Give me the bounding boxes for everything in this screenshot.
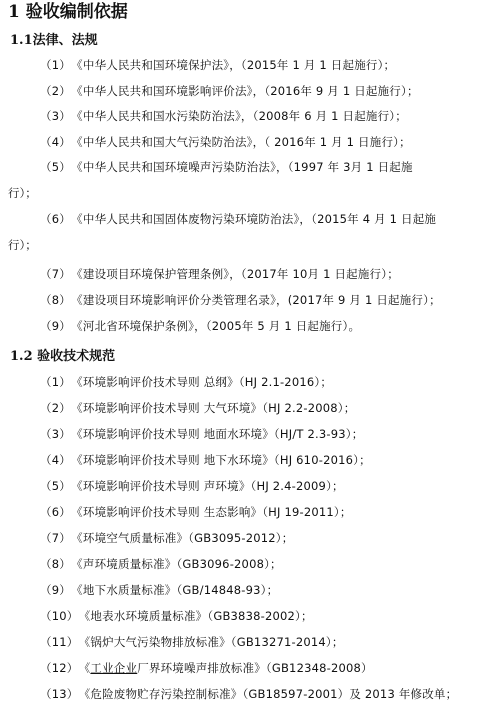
item-number: （4） [40,135,71,149]
item-text: 《中华人民共和国固体废物污染环境防治法》，（2015年 4 月 1 日起施 [77,212,436,226]
law-item-6: （6）《中华人民共和国固体废物污染环境防治法》，（2015年 4 月 1 日起施 [40,207,476,233]
item-text-underlined: 工业企业 [90,661,137,675]
law-item-4: （4）《中华人民共和国大气污染防治法》，（ 2016年 1 月 1 日施行）； [40,130,476,156]
spec-item-1: （1）《环境影响评价技术导则 总纲》（HJ 2.1-2016）； [40,370,476,396]
law-item-7: （7）《建设项目环境保护管理条例》，（2017年 10月 1 日起施行）； [40,262,476,288]
item-number: （3） [40,109,71,123]
law-item-5: （5）《中华人民共和国环境噪声污染防治法》，（1997 年 3月 1 日起施 [40,155,476,181]
item-number: （2） [40,84,71,98]
item-text: 《环境影响评价技术导则 地下水环境》（HJ 610-2016）； [77,453,371,467]
heading-1: 1 验收编制依据 [8,0,128,24]
item-number: （5） [40,479,71,493]
section-title-tech-specs: 1.2 验收技术规范 [10,347,115,367]
item-number: （9） [40,583,71,597]
item-text: 《中华人民共和国环境保护法》，（2015年 1 月 1 日起施行）； [77,58,395,72]
section-title-laws: 1.1法律、法规 [10,31,98,51]
item-text: 《中华人民共和国水污染防治法》，（2008年 6 月 1 日起施行）； [77,109,407,123]
law-item-3: （3）《中华人民共和国水污染防治法》，（2008年 6 月 1 日起施行）； [40,104,476,130]
item-number: （6） [40,505,71,519]
item-text: 《中华人民共和国环境噪声污染防治法》，（1997 年 3月 1 日起施 [77,160,413,174]
law-item-8: （8）《建设项目环境影响评价分类管理名录》，(2017年 9 月 1 日起施行）… [40,288,476,314]
item-text: 《建设项目环境保护管理条例》，（2017年 10月 1 日起施行）； [77,267,399,281]
spec-item-5: （5）《环境影响评价技术导则 声环境》（HJ 2.4-2009）； [40,474,476,500]
item-text: 《声环境质量标准》（GB3096-2008）； [77,557,282,571]
item-text: 《中华人民共和国大气污染防治法》，（ 2016年 1 月 1 日施行）； [77,135,411,149]
law-item-5-continuation: 行）； [8,181,37,207]
item-number: （12） [40,661,78,675]
item-text: 《中华人民共和国环境影响评价法》，（2016年 9 月 1 日起施行）； [77,84,419,98]
item-text: 《地下水质量标准》（GB/14848-93）； [77,583,278,597]
item-text: 《环境空气质量标准》（GB3095-2012）； [77,531,294,545]
spec-item-13: （13）《危险废物贮存污染控制标准》（GB18597-2001）及 2013 年… [40,682,476,708]
item-text: 《环境影响评价技术导则 声环境》（HJ 2.4-2009）； [77,479,344,493]
law-item-6-continuation: 行）； [8,233,37,259]
item-number: （1） [40,375,71,389]
item-number: （4） [40,453,71,467]
item-text-post: 厂界环境噪声排放标准》（GB12348-2008） [137,661,373,675]
item-number: （3） [40,427,71,441]
item-text: 《环境影响评价技术导则 地面水环境》（HJ/T 2.3-93）； [77,427,363,441]
spec-item-4: （4）《环境影响评价技术导则 地下水环境》（HJ 610-2016）； [40,448,476,474]
spec-item-8: （8）《声环境质量标准》（GB3096-2008）； [40,552,476,578]
spec-item-6: （6）《环境影响评价技术导则 生态影响》（HJ 19-2011）； [40,500,476,526]
spec-item-12: （12）《工业企业厂界环境噪声排放标准》（GB12348-2008） [40,656,476,682]
item-number: （7） [40,267,71,281]
item-number: （2） [40,401,71,415]
spec-item-2: （2）《环境影响评价技术导则 大气环境》（HJ 2.2-2008）； [40,396,476,422]
law-item-1: （1）《中华人民共和国环境保护法》，（2015年 1 月 1 日起施行）； [40,53,476,79]
item-number: （6） [40,212,71,226]
spec-item-9: （9）《地下水质量标准》（GB/14848-93）； [40,578,476,604]
item-text: 《河北省环境保护条例》，（2005年 5 月 1 日起施行）。 [77,319,360,333]
item-text: 《建设项目环境影响评价分类管理名录》，(2017年 9 月 1 日起施行）； [77,293,441,307]
spec-item-3: （3）《环境影响评价技术导则 地面水环境》（HJ/T 2.3-93）； [40,422,476,448]
item-number: （8） [40,557,71,571]
item-text: 《锅炉大气污染物排放标准》（GB13271-2014）； [84,635,343,649]
item-text: 《环境影响评价技术导则 大气环境》（HJ 2.2-2008）； [77,401,356,415]
item-number: （9） [40,319,71,333]
item-number: （5） [40,160,71,174]
spec-item-11: （11）《锅炉大气污染物排放标准》（GB13271-2014）； [40,630,476,656]
item-text: 《环境影响评价技术导则 生态影响》（HJ 19-2011）； [77,505,352,519]
item-number: （11） [40,635,78,649]
item-number: （8） [40,293,71,307]
spec-item-7: （7）《环境空气质量标准》（GB3095-2012）； [40,526,476,552]
item-text: 《危险废物贮存污染控制标准》（GB18597-2001）及 2013 年修改单； [84,687,457,701]
item-number: （1） [40,58,71,72]
spec-item-10: （10）《地表水环境质量标准》（GB3838-2002）； [40,604,476,630]
item-number: （13） [40,687,78,701]
law-item-2: （2）《中华人民共和国环境影响评价法》，（2016年 9 月 1 日起施行）； [40,79,476,105]
item-text: 《地表水环境质量标准》（GB3838-2002）； [84,609,312,623]
item-text: 《环境影响评价技术导则 总纲》（HJ 2.1-2016）； [77,375,332,389]
law-item-9: （9）《河北省环境保护条例》，（2005年 5 月 1 日起施行）。 [40,314,476,340]
item-number: （7） [40,531,71,545]
item-number: （10） [40,609,78,623]
